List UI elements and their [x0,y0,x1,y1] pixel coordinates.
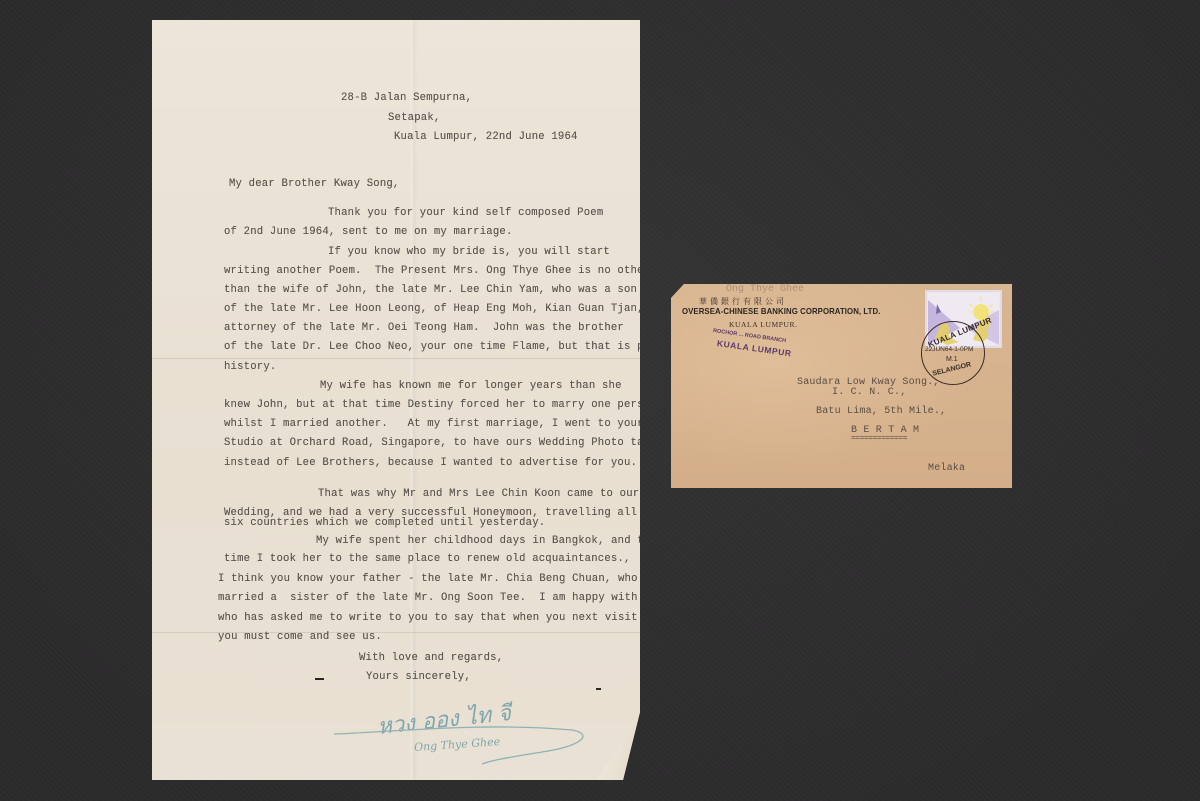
body-line: Thank you for your kind self composed Po… [328,207,603,220]
body-line: attorney of the late Mr. Oei Teong Ham. … [224,322,624,335]
body-line: history. [224,361,276,374]
bank-name: OVERSEA-CHINESE BANKING CORPORATION, LTD… [682,307,881,316]
body-line: time I took her to the same place to ren… [224,553,631,566]
postmark-date: 22JUN64-1-0PM [925,346,973,353]
folded-corner [597,712,640,780]
recipient-street: Batu Lima, 5th Mile., [816,406,946,417]
body-line: of 2nd June 1964, sent to me on my marri… [224,226,513,239]
typed-dash [596,688,601,690]
body-line: writing another Poem. The Present Mrs. O… [224,265,650,278]
body-line: If you know who my bride is, you will st… [328,246,610,259]
body-line: knew John, but at that time Destiny forc… [224,399,657,412]
typed-dash [315,678,324,680]
typed-letter: 28-B Jalan Sempurna, Setapak, Kuala Lump… [152,20,640,780]
body-line: instead of Lee Brothers, because I wante… [224,457,637,470]
postmark-code: M.1 [946,356,958,363]
body-line: whilst I married another. At my first ma… [224,418,644,431]
body-line: than the wife of John, the late Mr. Lee … [224,284,637,297]
salutation: My dear Brother Kway Song, [229,178,400,191]
faint-sender-name: Ong Thye Ghee [726,284,804,295]
postmark-state: SELANGOR [932,361,972,377]
bank-chinese-name: 華僑銀行有限公司 [699,296,787,307]
body-line: of the late Dr. Lee Choo Neo, your one t… [224,341,663,354]
closing-sincerely: Yours sincerely, [366,671,471,684]
recipient-org: I. C. N. C., [832,387,906,398]
recipient-state: Melaka [928,463,965,474]
body-line: of the late Mr. Lee Hoon Leong, of Heap … [224,303,644,316]
body-line: six countries which we completed until y… [224,517,545,530]
sender-address-line1: 28-B Jalan Sempurna, [341,92,472,105]
recipient-town-underline: ============= [851,434,907,443]
postmark: KUALA LUMPUR 22JUN64-1-0PM M.1 SELANGOR [921,321,985,385]
body-line: who has asked me to write to you to say … [218,612,677,625]
envelope: Ong Thye Ghee 華僑銀行有限公司 OVERSEA-CHINESE B… [671,284,1012,488]
bank-city: KUALA LUMPUR. [729,320,798,329]
closing-regards: With love and regards, [359,652,503,665]
body-line: My wife has known me for longer years th… [320,380,622,393]
body-line: That was why Mr and Mrs Lee Chin Koon ca… [318,488,639,501]
fold-line [152,358,640,359]
sender-address-line2: Setapak, [388,112,440,125]
body-line: you must come and see us. [218,631,382,644]
body-line: I think you know your father - the late … [218,573,638,586]
body-line: Studio at Orchard Road, Singapore, to ha… [224,437,670,450]
letter-date: Kuala Lumpur, 22nd June 1964 [394,131,578,144]
body-line: My wife spent her childhood days in Bang… [316,535,664,548]
body-line: married a sister of the late Mr. Ong Soo… [218,592,690,605]
